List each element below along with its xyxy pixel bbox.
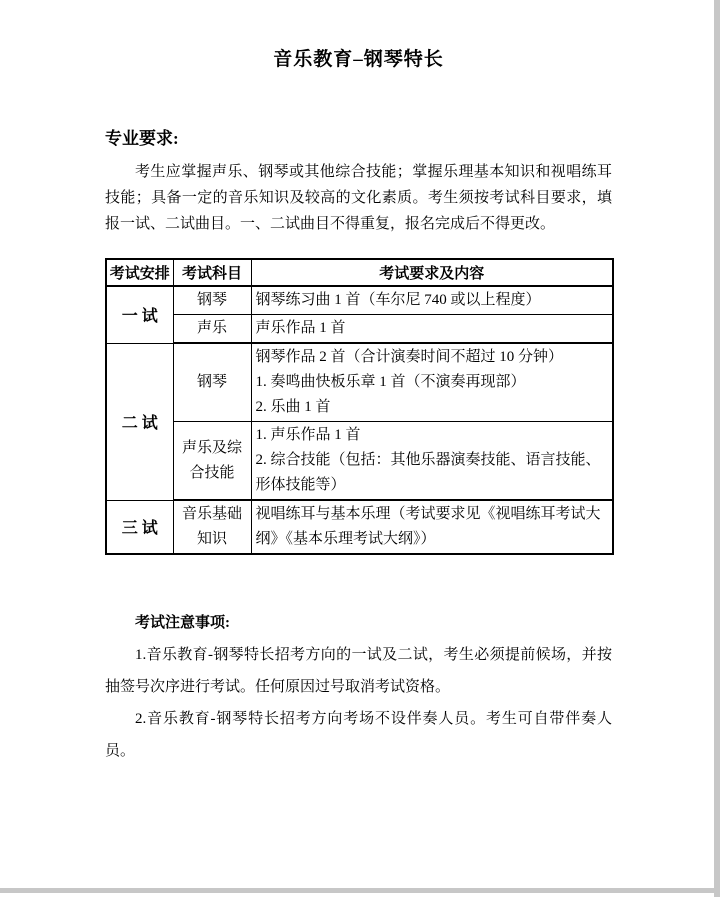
table-row: 一 试 钢琴 钢琴练习曲 1 首（车尔尼 740 或以上程度） <box>106 286 613 315</box>
exam-notes-section: 考试注意事项: 1.音乐教育-钢琴特长招考方向的一试及二试，考生必须提前候场，并… <box>105 607 612 767</box>
schedule-cell-round2: 二 试 <box>106 343 173 500</box>
content-line: 2. 乐曲 1 首 <box>256 395 610 420</box>
requirements-paragraph: 考生应掌握声乐、钢琴或其他综合技能；掌握乐理基本知识和视唱练耳技能；具备一定的音… <box>105 159 612 237</box>
content-cell: 视唱练耳与基本乐理（考试要求见《视唱练耳考试大纲》《基本乐理考试大纲》） <box>251 500 613 554</box>
table-row: 声乐 声乐作品 1 首 <box>106 315 613 344</box>
schedule-cell-round1: 一 试 <box>106 286 173 343</box>
subject-cell: 音乐基础知识 <box>173 500 251 554</box>
document-page: 音乐教育–钢琴特长 专业要求: 考生应掌握声乐、钢琴或其他综合技能；掌握乐理基本… <box>0 0 720 897</box>
schedule-cell-round3: 三 试 <box>106 500 173 554</box>
subject-cell: 钢琴 <box>173 343 251 422</box>
subject-cell: 声乐 <box>173 315 251 344</box>
table-row: 声乐及综合技能 1. 声乐作品 1 首 2. 综合技能（包括：其他乐器演奏技能、… <box>106 422 613 501</box>
note-item-2: 2.音乐教育-钢琴特长招考方向考场不设伴奏人员。考生可自带伴奏人员。 <box>105 703 612 767</box>
content-cell: 声乐作品 1 首 <box>251 315 613 344</box>
page-content: 音乐教育–钢琴特长 专业要求: 考生应掌握声乐、钢琴或其他综合技能；掌握乐理基本… <box>105 0 612 767</box>
content-line: 钢琴作品 2 首（合计演奏时间不超过 10 分钟） <box>256 345 610 370</box>
note-item-1: 1.音乐教育-钢琴特长招考方向的一试及二试，考生必须提前候场，并按抽签号次序进行… <box>105 639 612 703</box>
content-line: 2. 综合技能（包括：其他乐器演奏技能、语言技能、形体技能等） <box>256 448 610 498</box>
header-exam-schedule: 考试安排 <box>106 259 173 286</box>
content-cell: 钢琴作品 2 首（合计演奏时间不超过 10 分钟） 1. 奏鸣曲快板乐章 1 首… <box>251 343 613 422</box>
page-boundary-right <box>714 0 720 897</box>
page-title: 音乐教育–钢琴特长 <box>105 48 612 71</box>
notes-heading: 考试注意事项: <box>105 607 612 639</box>
content-line: 声乐作品 1 首 <box>256 316 610 341</box>
exam-table: 考试安排 考试科目 考试要求及内容 一 试 钢琴 钢琴练习曲 1 首（车尔尼 7… <box>105 258 614 555</box>
requirements-heading: 专业要求: <box>105 127 612 150</box>
subject-cell: 声乐及综合技能 <box>173 422 251 501</box>
content-cell: 钢琴练习曲 1 首（车尔尼 740 或以上程度） <box>251 286 613 315</box>
content-line: 1. 声乐作品 1 首 <box>256 423 610 448</box>
page-boundary-bottom <box>0 888 714 893</box>
header-exam-content: 考试要求及内容 <box>251 259 613 286</box>
content-cell: 1. 声乐作品 1 首 2. 综合技能（包括：其他乐器演奏技能、语言技能、形体技… <box>251 422 613 501</box>
header-exam-subject: 考试科目 <box>173 259 251 286</box>
table-row: 三 试 音乐基础知识 视唱练耳与基本乐理（考试要求见《视唱练耳考试大纲》《基本乐… <box>106 500 613 554</box>
content-line: 钢琴练习曲 1 首（车尔尼 740 或以上程度） <box>256 288 610 313</box>
exam-table-header-row: 考试安排 考试科目 考试要求及内容 <box>106 259 613 286</box>
content-line: 视唱练耳与基本乐理（考试要求见《视唱练耳考试大纲》《基本乐理考试大纲》） <box>256 502 610 552</box>
subject-cell: 钢琴 <box>173 286 251 315</box>
content-line: 1. 奏鸣曲快板乐章 1 首（不演奏再现部） <box>256 370 610 395</box>
table-row: 二 试 钢琴 钢琴作品 2 首（合计演奏时间不超过 10 分钟） 1. 奏鸣曲快… <box>106 343 613 422</box>
